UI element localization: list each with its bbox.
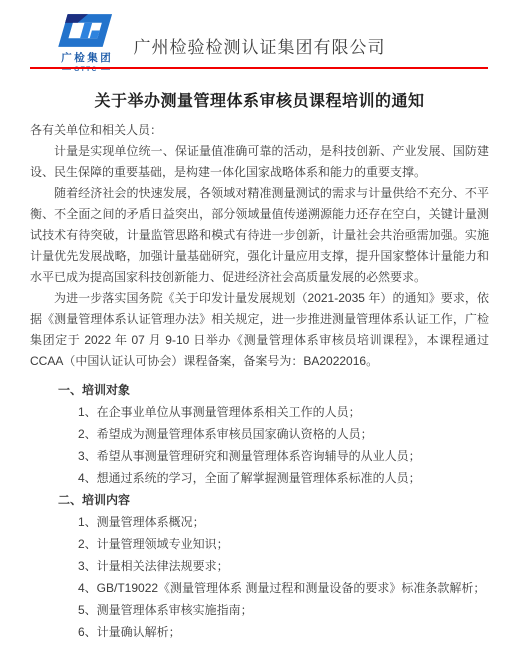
list-item: 2、希望成为测量管理体系审核员国家确认资格的人员； xyxy=(30,424,489,445)
list-item: 3、计量相关法律法规要求； xyxy=(30,556,489,577)
notice-body: 各有关单位和相关人员： 计量是实现单位统一、保证量值准确可靠的活动，是科技创新、… xyxy=(30,120,489,644)
body-paragraph: 计量是实现单位统一、保证量值准确可靠的活动，是科技创新、产业发展、国防建设、民生… xyxy=(30,141,489,183)
body-paragraph: 随着经济社会的快速发展，各领域对精准测量测试的需求与计量供给不充分、不平衡、不全… xyxy=(30,183,489,288)
logo-dash-left xyxy=(62,69,71,70)
list-item: 3、希望从事测量管理研究和测量管理体系咨询辅导的从业人员； xyxy=(30,446,489,467)
list-item: 1、在企事业单位从事测量管理体系相关工作的人员； xyxy=(30,402,489,423)
section-heading-training-content: 二、培训内容 xyxy=(30,490,489,511)
body-paragraph: 为进一步落实国务院《关于印发计量发展规划（2021-2035 年）的通知》要求，… xyxy=(30,288,489,372)
salutation: 各有关单位和相关人员： xyxy=(30,120,489,141)
section-heading-training-targets: 一、培训对象 xyxy=(30,380,489,401)
letterhead: 广检集团 GTTC 广州检验检测认证集团有限公司 xyxy=(0,0,519,70)
list-item: 2、计量管理领域专业知识； xyxy=(30,534,489,555)
notice-title: 关于举办测量管理体系审核员课程培训的通知 xyxy=(0,88,519,111)
list-item: 4、想通过系统的学习，全面了解掌握测量管理体系标准的人员； xyxy=(30,468,489,489)
list-item: 4、GB/T19022《测量管理体系 测量过程和测量设备的要求》标准条款解析； xyxy=(30,578,489,599)
logo-dash-right xyxy=(101,69,110,70)
list-item: 1、测量管理体系概况； xyxy=(30,512,489,533)
company-name: 广州检验检测认证集团有限公司 xyxy=(0,33,519,58)
document-page: 广检集团 GTTC 广州检验检测认证集团有限公司 关于举办测量管理体系审核员课程… xyxy=(0,0,519,672)
list-item: 6、计量确认解析； xyxy=(30,622,489,643)
list-item: 5、测量管理体系审核实施指南； xyxy=(30,600,489,621)
header-divider-line xyxy=(30,67,488,69)
